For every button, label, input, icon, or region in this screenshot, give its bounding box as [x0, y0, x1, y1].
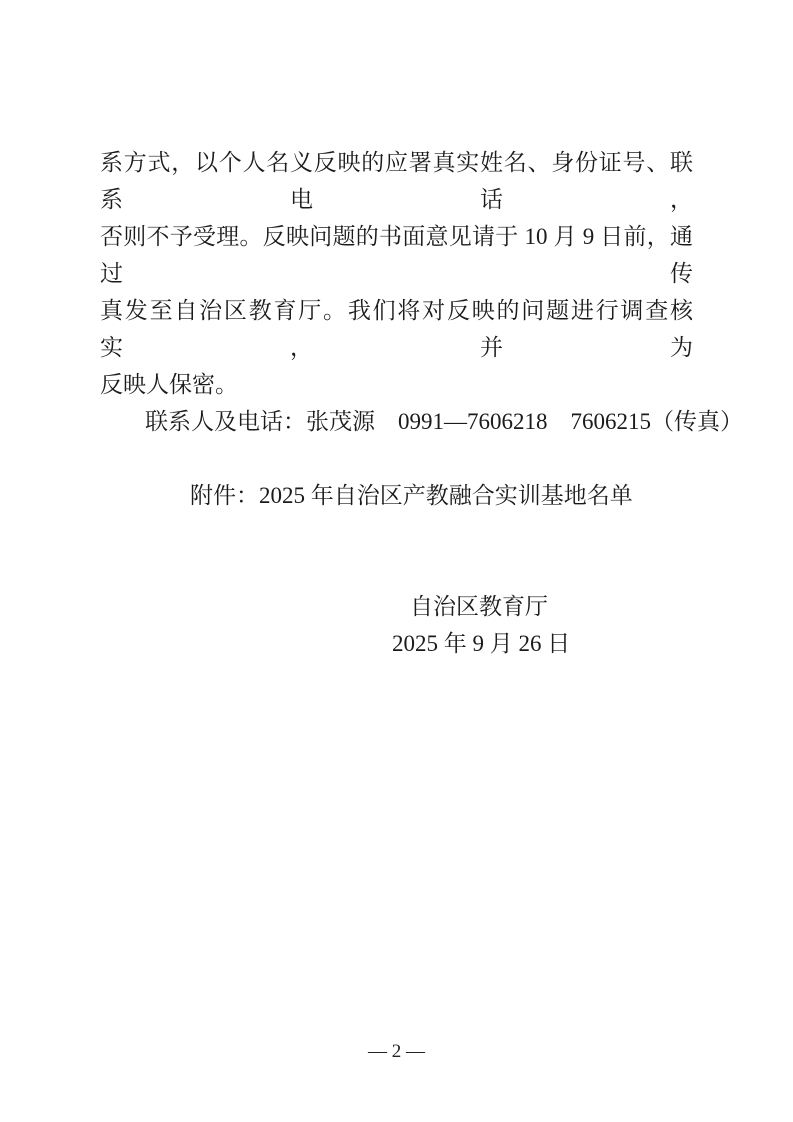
body-text-line-3: 真发至自治区教育厅。我们将对反映的问题进行调查核实，并为 [100, 292, 693, 366]
signature-date: 2025 年 9 月 26 日 [392, 625, 693, 662]
body-text-line-4: 反映人保密。 [100, 366, 693, 403]
page-number: — 2 — [0, 1040, 793, 1063]
attachment-line: 附件：2025 年自治区产教融合实训基地名单 [100, 477, 693, 514]
body-text-line-1: 系方式，以个人名义反映的应署真实姓名、身份证号、联系电话， [100, 144, 693, 218]
body-text-line-2: 否则不予受理。反映问题的书面意见请于 10 月 9 日前，通过传 [100, 218, 693, 292]
contact-line: 联系人及电话：张茂源 0991—7606218 7606215（传真） [100, 403, 693, 440]
document-page: { "page": { "background_color": "#ffffff… [0, 0, 793, 1122]
document-text-block: 系方式，以个人名义反映的应署真实姓名、身份证号、联系电话， 否则不予受理。反映问… [100, 144, 693, 662]
signature-block: 自治区教育厅 2025 年 9 月 26 日 [100, 588, 693, 662]
signature-org: 自治区教育厅 [410, 588, 693, 625]
